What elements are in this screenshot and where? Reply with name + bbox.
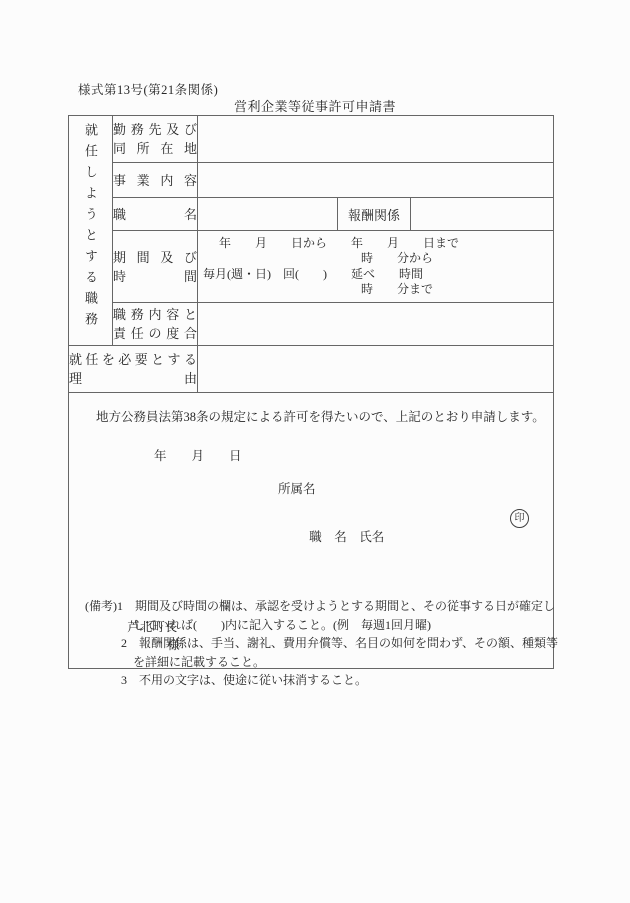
business-label: 事業内容: [113, 163, 198, 198]
form-page: 様式第13号(第21条関係) 営利企業等従事許可申請書 就任しようとする職務 勤…: [0, 0, 630, 903]
remarks-block: (備考)1 期間及び時間の欄は、承認を受けようとする期間と、その従事する日が確定…: [85, 597, 558, 690]
compensation-input-cell: [411, 198, 554, 231]
job-title-label: 職名: [113, 198, 198, 231]
reason-input-cell: [198, 346, 554, 393]
side-header-text: 就任しようとする職務: [84, 123, 97, 333]
duty-label: 職務内容と 責任の度合: [113, 303, 198, 346]
duty-input-cell: [198, 303, 554, 346]
side-header-cell: 就任しようとする職務: [69, 116, 113, 346]
application-table: 就任しようとする職務 勤務先及び 同所在地 事業内容 職名 報酬関係 期間及び …: [68, 115, 554, 669]
row-job-title: 職名 報酬関係: [69, 198, 554, 231]
form-title: 営利企業等従事許可申請書: [0, 96, 630, 115]
workplace-label: 勤務先及び 同所在地: [113, 116, 198, 163]
period-line-date-range: 年 月 日から 年 月 日まで: [219, 236, 553, 252]
period-label: 期間及び 時間: [113, 231, 198, 303]
name-line-text: 職 名 氏名: [309, 530, 384, 544]
row-workplace: 就任しようとする職務 勤務先及び 同所在地: [69, 116, 554, 163]
job-title-input-cell: [198, 198, 338, 231]
period-line-frequency: 毎月(週・日) 回( ) 延べ 時間: [203, 267, 553, 283]
period-line-time-from: 時 分から: [361, 251, 553, 267]
row-duty: 職務内容と 責任の度合: [69, 303, 554, 346]
declaration-statement: 地方公務員法第38条の規定による許可を得たいので、上記のとおり申請します。: [96, 407, 553, 425]
compensation-label: 報酬関係: [338, 198, 411, 231]
row-business: 事業内容: [69, 163, 554, 198]
row-period: 期間及び 時間 年 月 日から 年 月 日まで 時 分から 毎月(週・日) 回(…: [69, 231, 554, 303]
workplace-input-cell: [198, 116, 554, 163]
period-line-time-to: 時 分まで: [361, 282, 553, 298]
business-input-cell: [198, 163, 554, 198]
reason-label: 就任を必要とする 理由: [69, 346, 198, 393]
seal-icon: 印: [510, 509, 529, 528]
name-line: 職 名 氏名 印: [278, 512, 553, 575]
affiliation-label: 所属名: [278, 479, 553, 497]
declaration-date-line: 年 月 日: [154, 446, 553, 464]
period-input-cell: 年 月 日から 年 月 日まで 時 分から 毎月(週・日) 回( ) 延べ 時間…: [198, 231, 554, 303]
row-reason: 就任を必要とする 理由: [69, 346, 554, 393]
